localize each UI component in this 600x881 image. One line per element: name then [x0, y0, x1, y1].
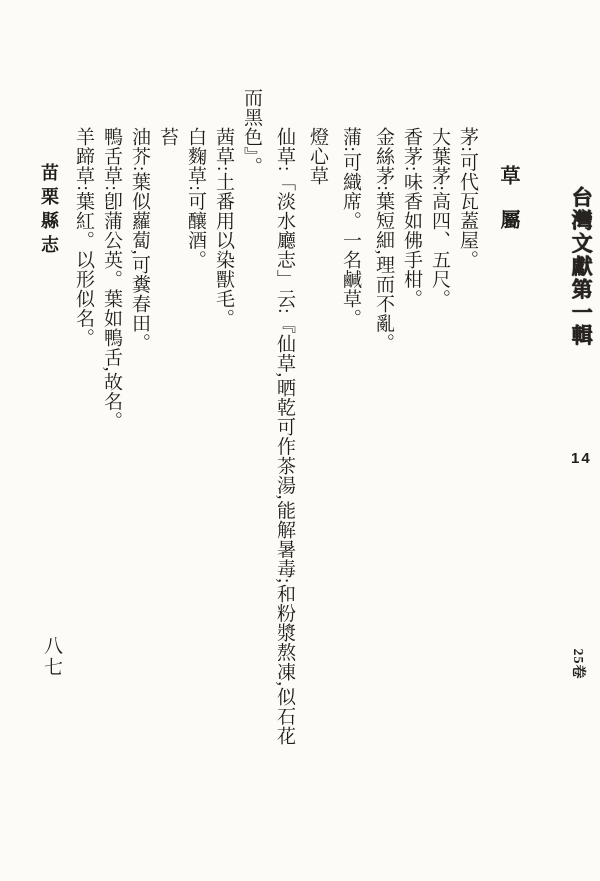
volume-stamp: 25卷 [569, 638, 589, 690]
entry-pu: 蒲:可織席。一名鹹草。 [336, 88, 364, 848]
entry-daye-mao: 大葉茅:高四、五尺。 [425, 88, 453, 848]
entry-jinsi-mao: 金絲茅:葉短細,理而不亂。 [369, 88, 397, 848]
entry-yashecao: 鴨舌草:卽蒲公英。葉如鴨舌,故名。 [97, 88, 125, 848]
entry-baiqucao: 白麴草:可釀酒。 [181, 88, 209, 848]
main-text-block: 草 屬 茅:可代瓦蓋屋。 大葉茅:高四、五尺。 香茅:味香如佛手柑。 金絲茅:葉… [69, 88, 522, 848]
entry-xiancao: 仙草:「淡水廳志」云:『仙草,晒乾可作茶湯,能解暑毒;和粉漿熬凍,似石花 [270, 88, 298, 848]
series-stamp: 台灣文獻第一輯 [566, 186, 596, 347]
entry-youjie: 油芥:葉似蘿蔔,可糞春田。 [125, 88, 153, 848]
folio-page-number: 八七 [38, 636, 65, 678]
entry-mao: 茅:可代瓦蓋屋。 [453, 88, 481, 848]
entry-xiang-mao: 香茅:味香如佛手柑。 [397, 88, 425, 848]
section-heading: 草 屬 [494, 88, 522, 848]
book-title: 苗栗縣志 [36, 163, 62, 259]
entry-dengxincao: 燈心草 [303, 88, 331, 848]
entry-xiancao-continuation: 而黑色』。 [237, 88, 265, 848]
entry-qiancao: 茜草:土番用以染獸毛。 [209, 88, 237, 848]
entry-tai: 苔 [153, 88, 181, 848]
scanned-book-page: 草 屬 茅:可代瓦蓋屋。 大葉茅:高四、五尺。 香茅:味香如佛手柑。 金絲茅:葉… [0, 0, 600, 881]
entry-yangticao: 羊蹄草:葉紅。以形似名。 [69, 88, 97, 848]
shelf-number: 14 [571, 450, 592, 467]
